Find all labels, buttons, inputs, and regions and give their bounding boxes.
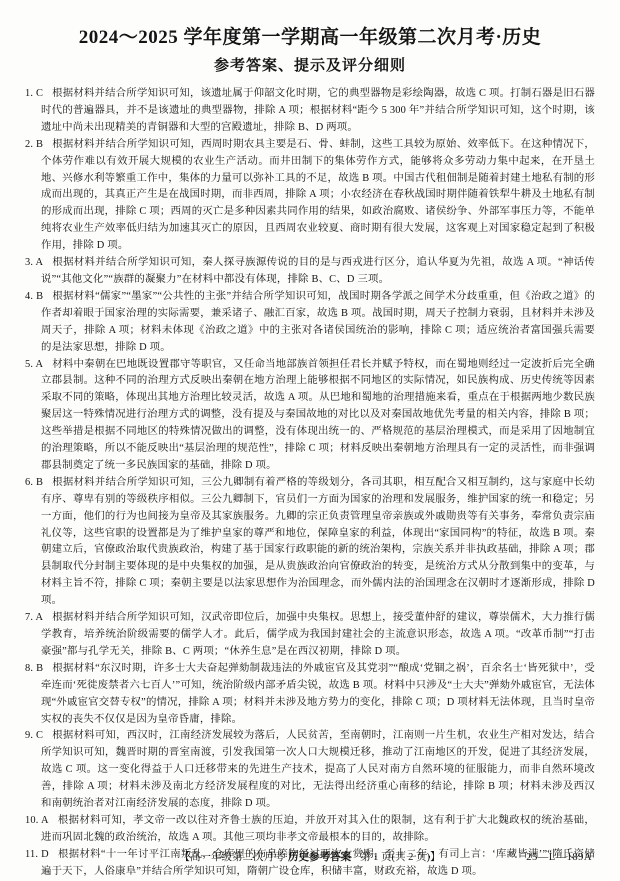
answer-text: 根据材料并结合所学知识可知，西周时期农具主要是石、骨、蚌制，这些工具较为原始、效… <box>41 139 595 251</box>
answer-number: 8. B <box>25 663 43 674</box>
answer-text: 根据材料“东汉时期，许多士大夫奋起弹劾制裁违法的外戚宦官及其党羽”“酿成‘党锢之… <box>41 663 595 725</box>
answer-number: 10. A <box>25 815 49 826</box>
answer-number: 1. C <box>25 88 43 99</box>
answer-sheet-page: 2024～2025 学年度第一学期高一年级第二次月考·历史 参考答案、提示及评分… <box>0 0 620 881</box>
answer-item: 8. B根据材料“东汉时期，许多士大夫奋起弹劾制裁违法的外戚宦官及其党羽”“酿成… <box>25 661 595 729</box>
answer-item: 4. B根据材料“儒家”“墨家”“公共性的主张”并结合所学知识可知，战国时期各学… <box>25 289 595 357</box>
answer-number: 2. B <box>25 139 43 150</box>
answer-item: 1. C根据材料并结合所学知识可知，该遗址属于仰韶文化时期，它的典型器物是彩绘陶… <box>25 86 595 137</box>
answer-text: 根据材料并结合所学知识可知，秦人探寻族源传说的目的是与西戎进行区分，追认华夏为先… <box>41 257 595 285</box>
footer-code: 25—L—189A <box>526 851 592 865</box>
footer-exam-label: 高一年级第二次月考· <box>190 852 288 863</box>
answer-item: 9. C根据材料可知，西汉时，江南经济发展较为落后，人民贫苦，至南朝时，江南则一… <box>25 728 595 813</box>
answer-number: 4. B <box>25 291 43 302</box>
answer-text: 根据材料可知，西汉时，江南经济发展较为落后，人民贫苦，至南朝时，江南则一片生机，… <box>41 730 595 809</box>
page-footer: 【高一年级第二次月考·历史参考答案第 1 页(共 2 页)】 25—L—189A <box>0 851 620 865</box>
answer-item: 6. B根据材料并结合所学知识可知，三公九卿制有着严格的等级划分，各司其职，相互… <box>25 475 595 610</box>
answer-number: 9. C <box>25 730 43 741</box>
footer-subject: 历史参考答案 <box>288 852 351 863</box>
page-subtitle: 参考答案、提示及评分细则 <box>25 54 595 75</box>
answer-text: 根据材料并结合所学知识可知，该遗址属于仰韶文化时期，它的典型器物是彩绘陶器，故选… <box>41 88 595 133</box>
answer-item: 3. A根据材料并结合所学知识可知，秦人探寻族源传说的目的是与西戎进行区分，追认… <box>25 255 595 289</box>
answer-text: 根据材料“儒家”“墨家”“公共性的主张”并结合所学知识可知，战国时期各学派之间学… <box>41 291 595 353</box>
answer-text: 根据材料可知，孝文帝一改以往对齐鲁士族的压迫，并放开对其入仕的限制，这有利于扩大… <box>41 815 595 843</box>
answers-list: 1. C根据材料并结合所学知识可知，该遗址属于仰韶文化时期，它的典型器物是彩绘陶… <box>25 86 595 881</box>
footer-page-info: 第 1 页(共 2 页) <box>360 852 430 863</box>
answer-number: 5. A <box>25 359 43 370</box>
page-title: 2024～2025 学年度第一学期高一年级第二次月考·历史 <box>25 22 595 49</box>
answer-item: 10. A根据材料可知，孝文帝一改以往对齐鲁士族的压迫，并放开对其入仕的限制，这… <box>25 813 595 847</box>
footer-bracket-close: 】 <box>430 852 441 863</box>
footer-bracket-open: 【 <box>180 852 191 863</box>
answer-text: 根据材料并结合所学知识可知，汉武帝即位后，加强中央集权。思想上，接受董仲舒的建议… <box>41 612 595 657</box>
answer-item: 5. A材料中秦朝在巴地既设置郡守等职官，又任命当地部族首领担任君长并赋予特权，… <box>25 357 595 475</box>
answer-number: 3. A <box>25 257 43 268</box>
answer-item: 7. A根据材料并结合所学知识可知，汉武帝即位后，加强中央集权。思想上，接受董仲… <box>25 610 595 661</box>
answer-item: 2. B根据材料并结合所学知识可知，西周时期农具主要是石、骨、蚌制，这些工具较为… <box>25 137 595 255</box>
answer-number: 7. A <box>25 612 43 623</box>
answer-text: 材料中秦朝在巴地既设置郡守等职官，又任命当地部族首领担任君长并赋予特权，而在蜀地… <box>41 359 595 471</box>
answer-number: 6. B <box>25 477 43 488</box>
answer-text: 根据材料并结合所学知识可知，三公九卿制有着严格的等级划分，各司其职，相互配合又相… <box>41 477 595 606</box>
